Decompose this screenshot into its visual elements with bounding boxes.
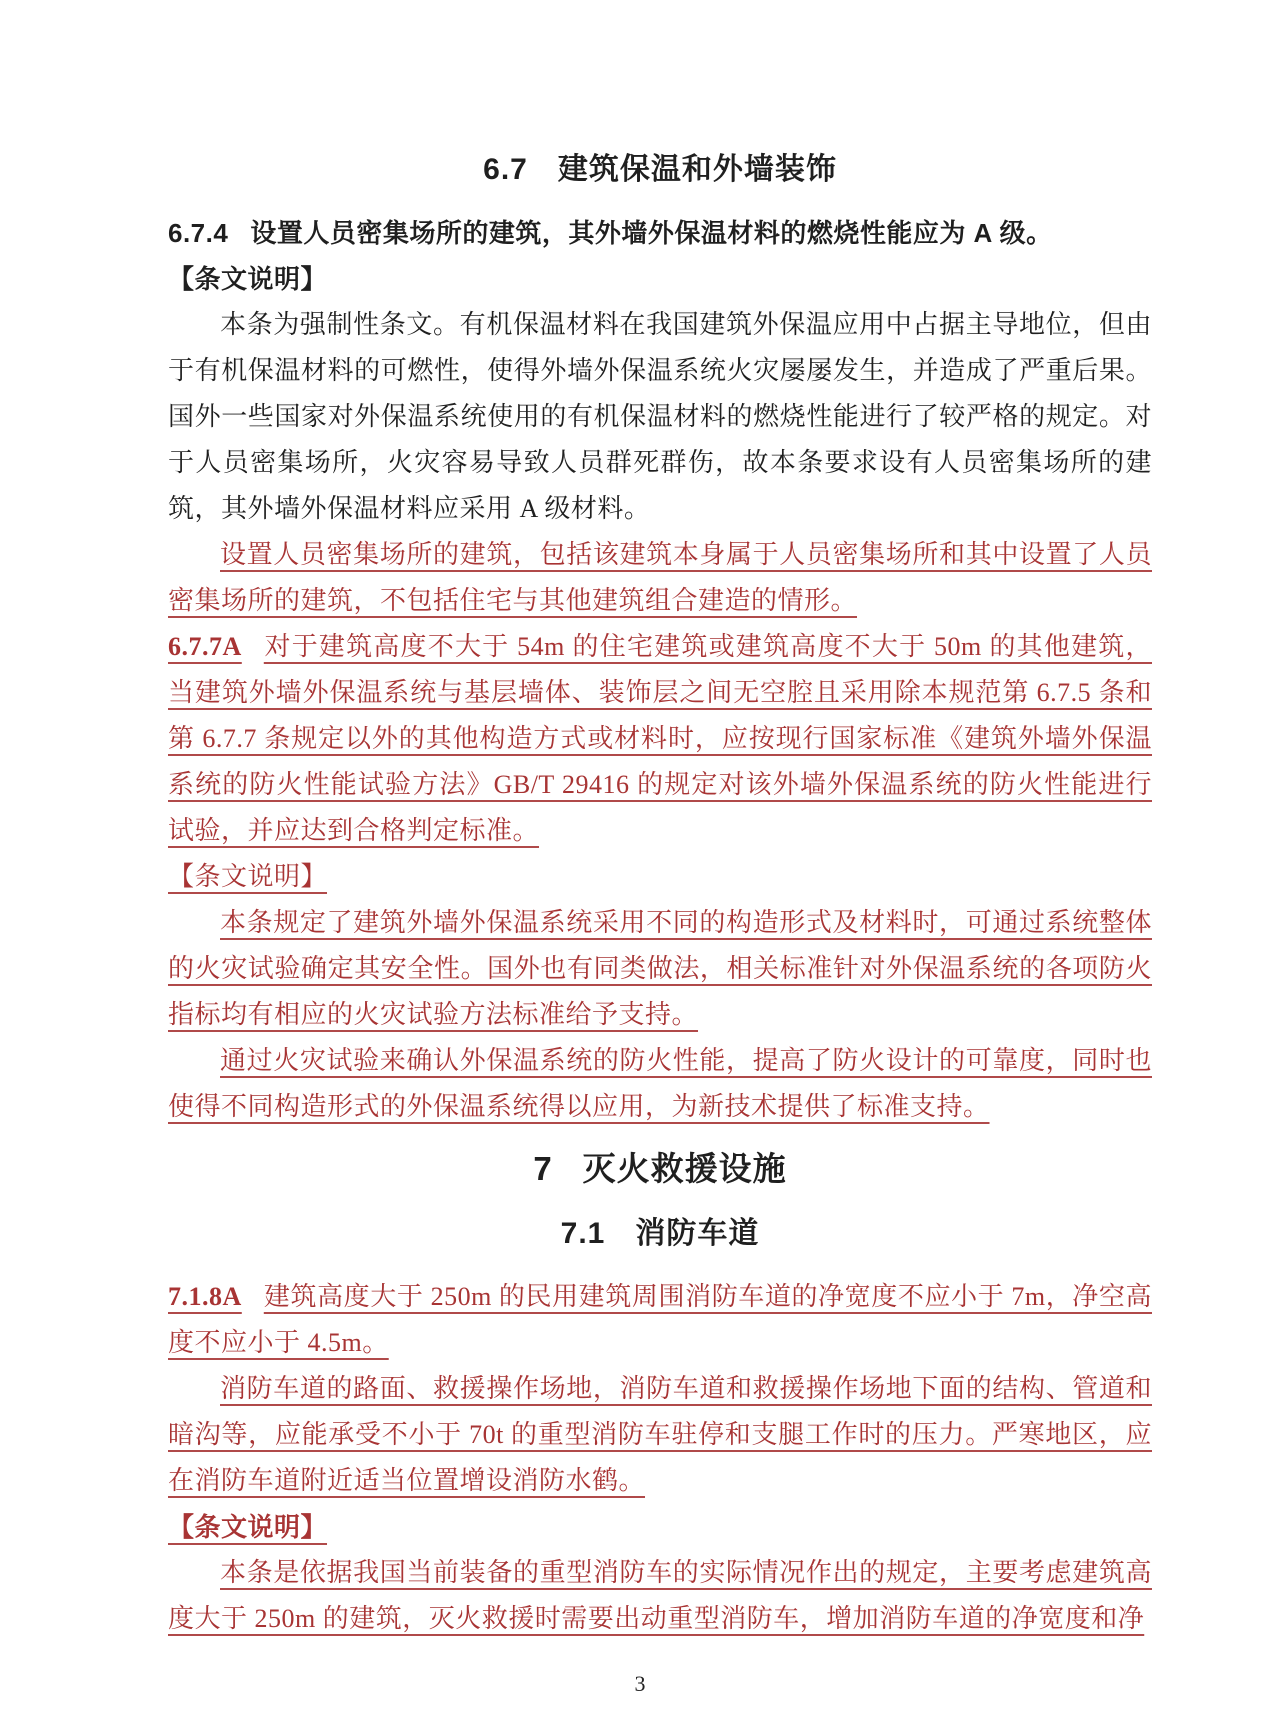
section-heading-6-7-text: 建筑保温和外墙装饰: [558, 153, 837, 186]
clause-6-7-7A: 6.7.7A对于建筑高度不大于 54m 的住宅建筑或建筑高度不大于 50m 的其…: [168, 624, 1152, 854]
paragraph-revision-5: 本条是依据我国当前装备的重型消防车的实际情况作出的规定，主要考虑建筑高度大于 2…: [168, 1550, 1152, 1642]
label-explanation-1: 【条文说明】: [168, 256, 1152, 302]
clause-6-7-4-text: 设置人员密集场所的建筑，其外墙外保温材料的燃烧性能应为 A 级。: [250, 218, 1052, 248]
paragraph-revision-2: 本条规定了建筑外墙外保温系统采用不同的构造形式及材料时，可通过系统整体的火灾试验…: [168, 900, 1152, 1038]
clause-6-7-4: 6.7.4设置人员密集场所的建筑，其外墙外保温材料的燃烧性能应为 A 级。: [168, 210, 1152, 256]
section-heading-6-7: 6.7建筑保温和外墙装饰: [168, 146, 1152, 194]
paragraph-revision-4: 消防车道的路面、救援操作场地，消防车道和救援操作场地下面的结构、管道和暗沟等，应…: [168, 1366, 1152, 1504]
section-heading-7-1: 7.1消防车道: [168, 1210, 1152, 1258]
clause-7-1-8A-number: 7.1.8A: [168, 1282, 242, 1311]
chapter-heading-7-number: 7: [533, 1150, 552, 1187]
section-heading-7-1-text: 消防车道: [635, 1217, 759, 1250]
section-heading-6-7-number: 6.7: [483, 153, 528, 186]
page-number: 3: [0, 1671, 1280, 1697]
label-explanation-2: 【条文说明】: [168, 854, 1152, 900]
document-body: 6.7建筑保温和外墙装饰6.7.4设置人员密集场所的建筑，其外墙外保温材料的燃烧…: [168, 146, 1152, 1642]
paragraph-revision-1: 设置人员密集场所的建筑，包括该建筑本身属于人员密集场所和其中设置了人员密集场所的…: [168, 532, 1152, 624]
clause-7-1-8A: 7.1.8A建筑高度大于 250m 的民用建筑周围消防车道的净宽度不应小于 7m…: [168, 1274, 1152, 1366]
paragraph-revision-3: 通过火灾试验来确认外保温系统的防火性能，提高了防火设计的可靠度，同时也使得不同构…: [168, 1038, 1152, 1130]
clause-6-7-4-number: 6.7.4: [168, 218, 228, 248]
section-heading-7-1-number: 7.1: [561, 1217, 606, 1250]
chapter-heading-7: 7灭火救援设施: [168, 1144, 1152, 1194]
clause-6-7-7A-text: 对于建筑高度不大于 54m 的住宅建筑或建筑高度不大于 50m 的其他建筑，当建…: [168, 632, 1152, 845]
clause-6-7-7A-number: 6.7.7A: [168, 632, 242, 661]
chapter-heading-7-text: 灭火救援设施: [583, 1150, 787, 1187]
document-page: 6.7建筑保温和外墙装饰6.7.4设置人员密集场所的建筑，其外墙外保温材料的燃烧…: [0, 0, 1280, 1713]
label-explanation-3: 【条文说明】: [168, 1504, 1152, 1550]
paragraph-explanation-1: 本条为强制性条文。有机保温材料在我国建筑外保温应用中占据主导地位，但由于有机保温…: [168, 302, 1152, 532]
clause-7-1-8A-text: 建筑高度大于 250m 的民用建筑周围消防车道的净宽度不应小于 7m，净空高度不…: [168, 1282, 1152, 1357]
